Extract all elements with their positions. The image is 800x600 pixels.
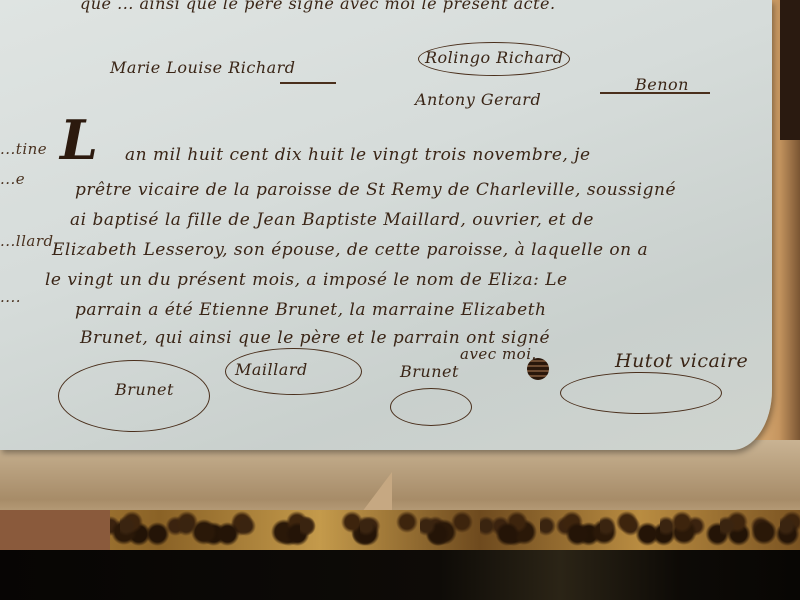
entry-line-2: prêtre vicaire de la paroisse de St Remy… <box>75 180 676 200</box>
signature-underline <box>600 92 710 94</box>
margin-note: ...tine <box>0 140 47 158</box>
signature-maillard: Maillard <box>235 360 308 379</box>
marbled-cover-edge <box>0 510 800 550</box>
torn-page-corner <box>362 472 392 512</box>
margin-note: ...llard. <box>0 232 59 250</box>
seal-mark-icon <box>527 358 549 380</box>
signature-flourish <box>418 42 570 76</box>
entry-line-5: le vingt un du présent mois, a imposé le… <box>45 270 568 290</box>
signature-brunet-1: Brunet <box>115 380 174 399</box>
manuscript-page: que ... ainsi que le pere signé avec moi… <box>0 0 772 450</box>
table-surface <box>0 550 800 600</box>
top-fragment-line: que ... ainsi que le pere signé avec moi… <box>80 0 556 13</box>
signature-brunet-2: Brunet <box>400 362 459 381</box>
entry-line-1: an mil huit cent dix huit le vingt trois… <box>125 145 591 165</box>
signature-underline <box>280 82 336 84</box>
entry-line-3: ai baptisé la fille de Jean Baptiste Mai… <box>70 210 594 230</box>
signature-hutot-vicaire: Hutot vicaire <box>615 350 748 372</box>
signature-marie-louise-richard: Marie Louise Richard <box>110 58 296 77</box>
signature-antony-gerard: Antony Gerard <box>415 90 541 109</box>
entry-line-4: Elizabeth Lesseroy, son épouse, de cette… <box>52 240 648 260</box>
leather-corner <box>0 510 110 550</box>
signature-flourish <box>390 388 472 426</box>
margin-note: ...e <box>0 170 25 188</box>
entry-line-8: avec moi. <box>460 345 537 363</box>
margin-note: .... <box>0 288 21 306</box>
book-cover-shadow <box>780 0 800 140</box>
signature-flourish <box>560 372 722 414</box>
entry-initial: L <box>60 108 98 172</box>
entry-line-6: parrain a été Etienne Brunet, la marrain… <box>75 300 546 320</box>
